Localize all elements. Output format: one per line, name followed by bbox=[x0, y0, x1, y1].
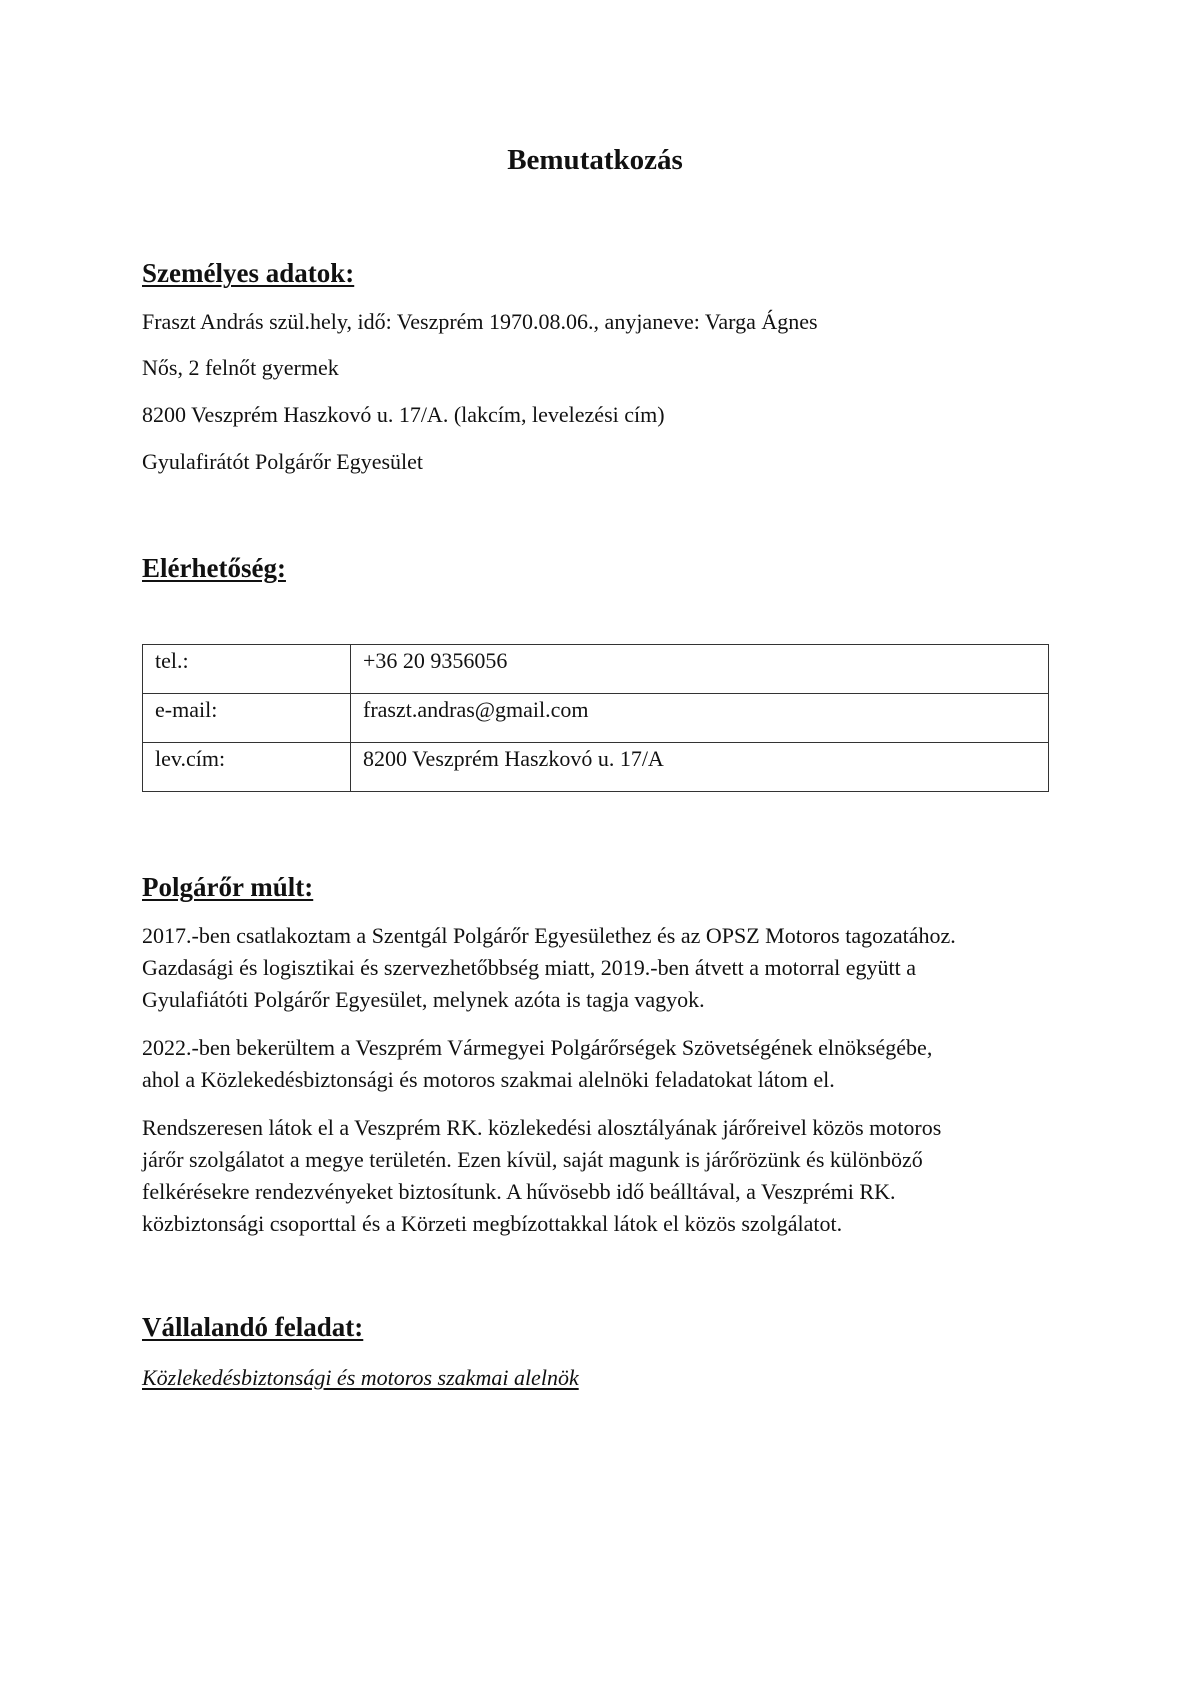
history-paragraph-2: 2022.-ben bekerültem a Veszprém Vármegye… bbox=[142, 1032, 1062, 1096]
contact-label-phone: tel.: bbox=[143, 645, 351, 694]
contact-value-phone: +36 20 9356056 bbox=[351, 645, 1049, 694]
history-paragraph-1: 2017.-ben csatlakoztam a Szentgál Polgár… bbox=[142, 920, 1062, 1016]
paragraph-line: felkérésekre rendezvényeket biztosítunk.… bbox=[142, 1176, 1062, 1208]
table-row: tel.: +36 20 9356056 bbox=[143, 645, 1049, 694]
history-heading: Polgárőr múlt: bbox=[142, 870, 313, 904]
personal-heading: Személyes adatok: bbox=[142, 256, 354, 290]
task-description: Közlekedésbiztonsági és motoros szakmai … bbox=[142, 1364, 579, 1392]
personal-family-line: Nős, 2 felnőt gyermek bbox=[142, 354, 339, 382]
contact-value-postal: 8200 Veszprém Haszkovó u. 17/A bbox=[351, 743, 1049, 792]
contact-label-postal: lev.cím: bbox=[143, 743, 351, 792]
contact-table: tel.: +36 20 9356056 e-mail: fraszt.andr… bbox=[142, 644, 1049, 792]
table-row: e-mail: fraszt.andras@gmail.com bbox=[143, 694, 1049, 743]
paragraph-line: Rendszeresen látok el a Veszprém RK. köz… bbox=[142, 1112, 1062, 1144]
contact-value-email: fraszt.andras@gmail.com bbox=[351, 694, 1049, 743]
task-heading: Vállalandó feladat: bbox=[142, 1310, 363, 1344]
paragraph-line: járőr szolgálatot a megye területén. Eze… bbox=[142, 1144, 1062, 1176]
personal-name-birth-line: Fraszt András szül.hely, idő: Veszprém 1… bbox=[142, 308, 818, 336]
personal-organization-line: Gyulafirátót Polgárőr Egyesület bbox=[142, 448, 423, 476]
paragraph-line: Gyulafiátóti Polgárőr Egyesület, melynek… bbox=[142, 984, 1062, 1016]
contact-label-email: e-mail: bbox=[143, 694, 351, 743]
document-title: Bemutatkozás bbox=[0, 142, 1190, 178]
table-row: lev.cím: 8200 Veszprém Haszkovó u. 17/A bbox=[143, 743, 1049, 792]
contact-heading: Elérhetőség: bbox=[142, 551, 286, 585]
paragraph-line: Gazdasági és logisztikai és szervezhetőb… bbox=[142, 952, 1062, 984]
paragraph-line: ahol a Közlekedésbiztonsági és motoros s… bbox=[142, 1064, 1062, 1096]
personal-address-line: 8200 Veszprém Haszkovó u. 17/A. (lakcím,… bbox=[142, 401, 665, 429]
history-paragraph-3: Rendszeresen látok el a Veszprém RK. köz… bbox=[142, 1112, 1062, 1240]
paragraph-line: 2017.-ben csatlakoztam a Szentgál Polgár… bbox=[142, 920, 1062, 952]
paragraph-line: közbiztonsági csoporttal és a Körzeti me… bbox=[142, 1208, 1062, 1240]
document-page: Bemutatkozás Személyes adatok: Fraszt An… bbox=[0, 0, 1190, 1683]
paragraph-line: 2022.-ben bekerültem a Veszprém Vármegye… bbox=[142, 1032, 1062, 1064]
